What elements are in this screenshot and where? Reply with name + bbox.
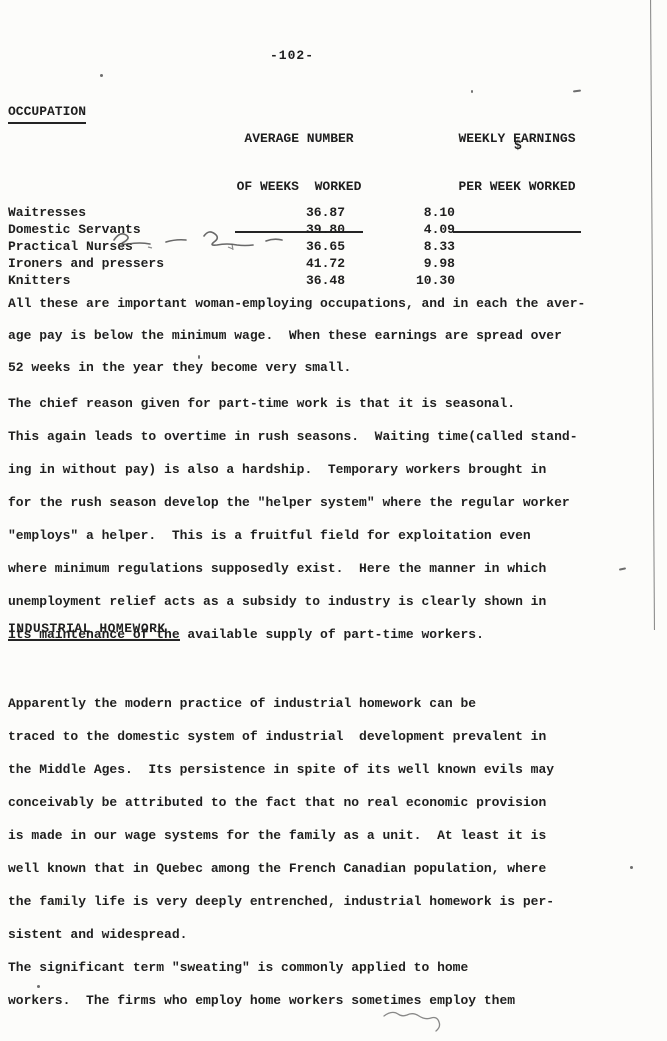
text-line: the Middle Ages. Its persistence in spit… [8, 753, 554, 786]
scan-speck [198, 355, 200, 359]
text-line: for the rush season develop the "helper … [8, 486, 578, 519]
text-line: unemployment relief acts as a subsidy to… [8, 585, 578, 618]
text-line: is made in our wage systems for the fami… [8, 819, 554, 852]
section-heading: INDUSTRIAL HOMEWORK [8, 621, 180, 641]
text-line: The significant term "sweating" is commo… [8, 951, 515, 984]
occupation-cell: Waitresses [8, 204, 164, 221]
text-line: where minimum regulations supposedly exi… [8, 552, 578, 585]
weeks-cell: 36.87 [283, 204, 345, 221]
document-page: -102- OCCUPATION AVERAGE NUMBER OF WEEKS… [0, 0, 667, 1041]
scan-speck [619, 567, 626, 570]
text-line: All these are important woman-employing … [8, 288, 585, 320]
text-line: conceivably be attributed to the fact th… [8, 786, 554, 819]
scan-speck [630, 866, 633, 869]
page-edge-line [650, 0, 655, 630]
earnings-cell: 8.10 [393, 204, 455, 221]
paragraph-2: The chief reason given for part-time wor… [8, 342, 578, 651]
scan-speck [100, 74, 103, 77]
text-line: "employs" a helper. This is a fruitful f… [8, 519, 578, 552]
scan-speck [573, 89, 581, 92]
column-header-occupation: OCCUPATION [8, 104, 86, 124]
scan-speck [37, 985, 40, 988]
column-header-weeks-line1: AVERAGE NUMBER [235, 131, 363, 147]
column-header-earnings: WEEKLY EARNINGS PER WEEK WORKED [453, 99, 581, 233]
pencil-mark [382, 1000, 462, 1036]
currency-symbol: $ [514, 138, 522, 153]
paragraph-3: Apparently the modern practice of indust… [8, 642, 554, 951]
text-line: traced to the domestic system of industr… [8, 720, 554, 753]
text-line: This again leads to overtime in rush sea… [8, 420, 578, 453]
column-header-earnings-line2: PER WEEK WORKED [453, 179, 581, 195]
scan-speck [471, 90, 473, 93]
text-line: well known that in Quebec among the Fren… [8, 852, 554, 885]
pencil-smudge [108, 226, 340, 250]
page-number: -102- [270, 48, 314, 63]
earnings-cell: 4.09 [393, 221, 455, 238]
text-line: Apparently the modern practice of indust… [8, 687, 554, 720]
text-line: The chief reason given for part-time wor… [8, 387, 578, 420]
text-line: ing in without pay) is also a hardship. … [8, 453, 578, 486]
